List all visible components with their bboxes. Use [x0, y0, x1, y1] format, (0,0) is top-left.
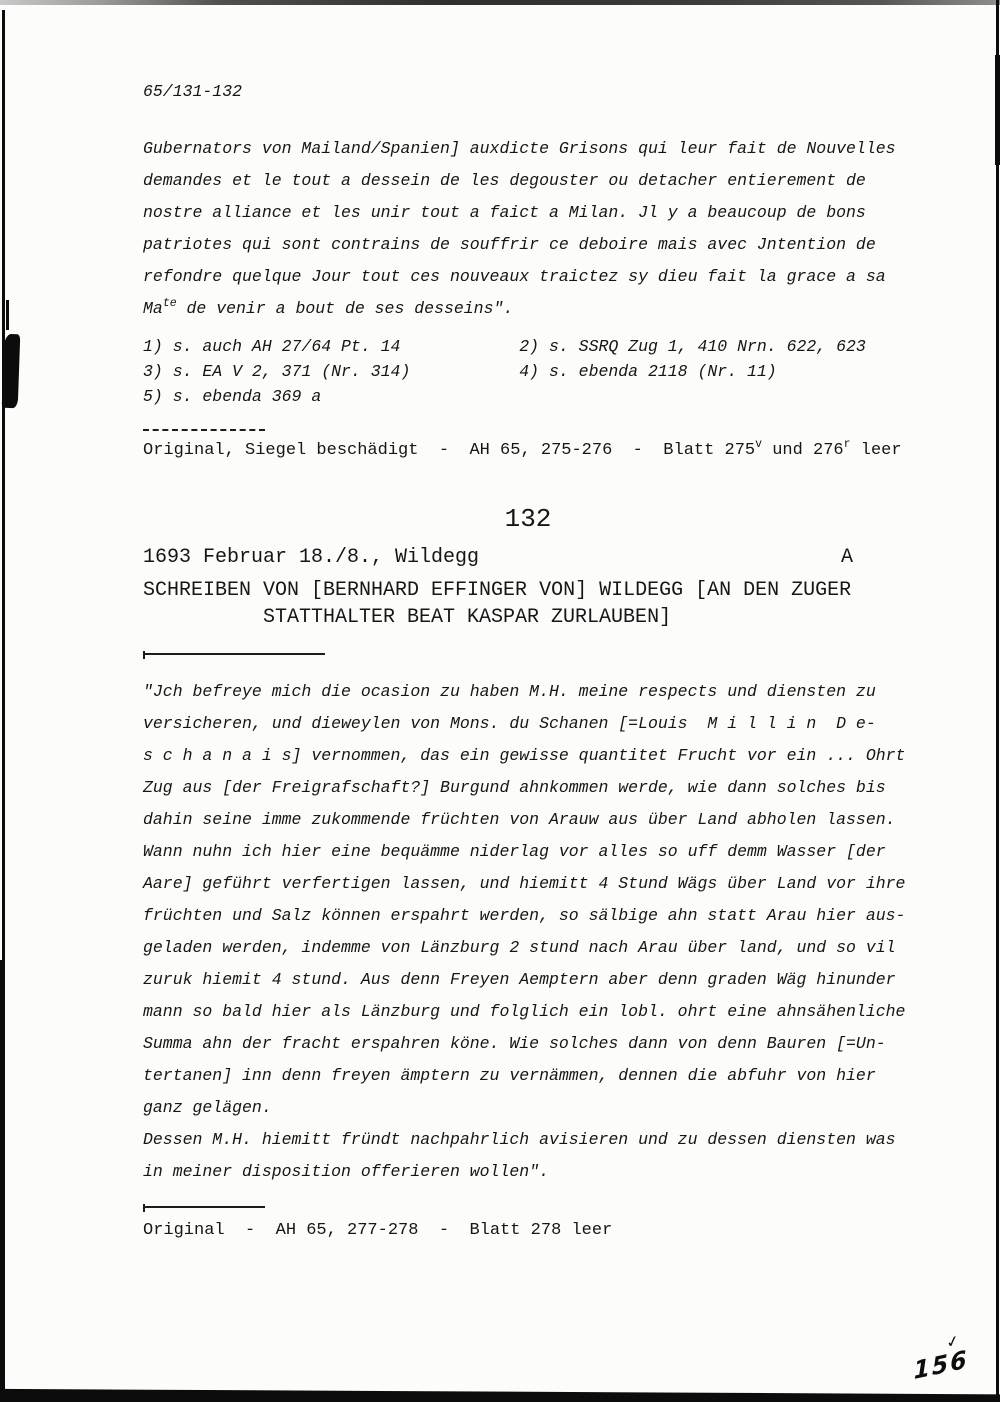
separator-132-original [143, 1206, 265, 1208]
original-note-mid: und 276 [762, 441, 844, 460]
quote-last-pre: Ma [143, 299, 163, 318]
footnote-line: 3) s. EA V 2, 371 (Nr. 314) 4) s. ebenda… [143, 359, 866, 384]
entry-131-original-note: Original, Siegel beschädigt - AH 65, 275… [143, 441, 902, 460]
quote-line: Summa ahn der fracht erspahren köne. Wie… [143, 1028, 905, 1060]
entry-132-title-line-2: STATTHALTER BEAT KASPAR ZURLAUBEN] [263, 606, 671, 629]
quote-line: früchten und Salz können erspahrt werden… [143, 900, 905, 932]
scan-artifact-smudge [2, 334, 21, 409]
entry-132-date: 1693 Februar 18./8., Wildegg [143, 546, 479, 569]
quote-line: dahin seine imme zukommende früchten von… [143, 804, 905, 836]
quote-line: ganz gelägen. [143, 1092, 905, 1124]
scan-artifact-right-line [996, 0, 999, 1402]
entry-132-original-note: Original - AH 65, 277-278 - Blatt 278 le… [143, 1221, 612, 1240]
entry-132-title-line-1: SCHREIBEN VON [BERNHARD EFFINGER VON] WI… [143, 579, 851, 602]
quote-line: nostre alliance et les unir tout a faict… [143, 197, 896, 229]
scan-artifact-top-band [0, 0, 1000, 5]
quote-line: demandes et le tout a dessein de les deg… [143, 165, 896, 197]
quote-line: Zug aus [der Freigrafschaft?] Burgund ah… [143, 772, 905, 804]
entry-132-corner-mark: A [841, 546, 853, 569]
quote-line: Wann nuhn ich hier eine bequämme niderla… [143, 836, 905, 868]
entry-132-number: 132 [143, 504, 913, 534]
quote-line: s c h a n a i s] vernommen, das ein gewi… [143, 740, 905, 772]
entry-131-footnotes: 1) s. auch AH 27/64 Pt. 14 2) s. SSRQ Zu… [143, 334, 866, 409]
footnote-line: 1) s. auch AH 27/64 Pt. 14 2) s. SSRQ Zu… [143, 334, 866, 359]
quote-line: in meiner disposition offerieren wollen"… [143, 1156, 905, 1188]
quote-line: Gubernators von Mailand/Spanien] auxdict… [143, 133, 896, 165]
superscript-te: te [163, 297, 177, 310]
quote-line: tertanen] inn denn freyen ämptern zu ver… [143, 1060, 905, 1092]
quote-line: mann so bald hier als Länzburg und folgl… [143, 996, 905, 1028]
quote-line: refondre quelque Jour tout ces nouveaux … [143, 261, 896, 293]
entry-132-quote: "Jch befreye mich die ocasion zu haben M… [143, 676, 905, 1188]
superscript-recto: r [844, 438, 851, 451]
quote-line: patriotes qui sont contrains de souffrir… [143, 229, 896, 261]
scan-artifact-bottom-band [0, 1386, 1000, 1402]
superscript-verso: v [755, 438, 762, 451]
quote-line: versicheren, und dieweylen von Mons. du … [143, 708, 905, 740]
separator-dashed-131 [143, 429, 265, 431]
quote-line: geladen werden, indemme von Länzburg 2 s… [143, 932, 905, 964]
original-note-post: leer [851, 441, 902, 460]
scan-artifact-smudge-small [6, 300, 9, 330]
separator-title-132 [143, 653, 325, 655]
document-page: 65/131-132 Gubernators von Mailand/Spani… [0, 0, 1000, 1402]
quote-line-superscript: Mate de venir a bout de ses desseins". [143, 293, 513, 325]
handwritten-number: 156 [913, 1345, 969, 1385]
footnote-line: 5) s. ebenda 369 a [143, 384, 866, 409]
quote-line: Aare] geführt verfertigen lassen, und hi… [143, 868, 905, 900]
entry-131-quote: Gubernators von Mailand/Spanien] auxdict… [143, 133, 896, 293]
scan-artifact-left-line-thick [0, 960, 5, 1402]
quote-last-post: de venir a bout de ses desseins". [177, 299, 514, 318]
page-reference: 65/131-132 [143, 76, 242, 108]
quote-line: zuruk hiemit 4 stund. Aus denn Freyen Ae… [143, 964, 905, 996]
original-note-pre: Original, Siegel beschädigt - AH 65, 275… [143, 441, 755, 460]
quote-line: "Jch befreye mich die ocasion zu haben M… [143, 676, 905, 708]
scan-artifact-right-blob [995, 55, 1000, 165]
quote-line: Dessen M.H. hiemitt fründt nachpahrlich … [143, 1124, 905, 1156]
